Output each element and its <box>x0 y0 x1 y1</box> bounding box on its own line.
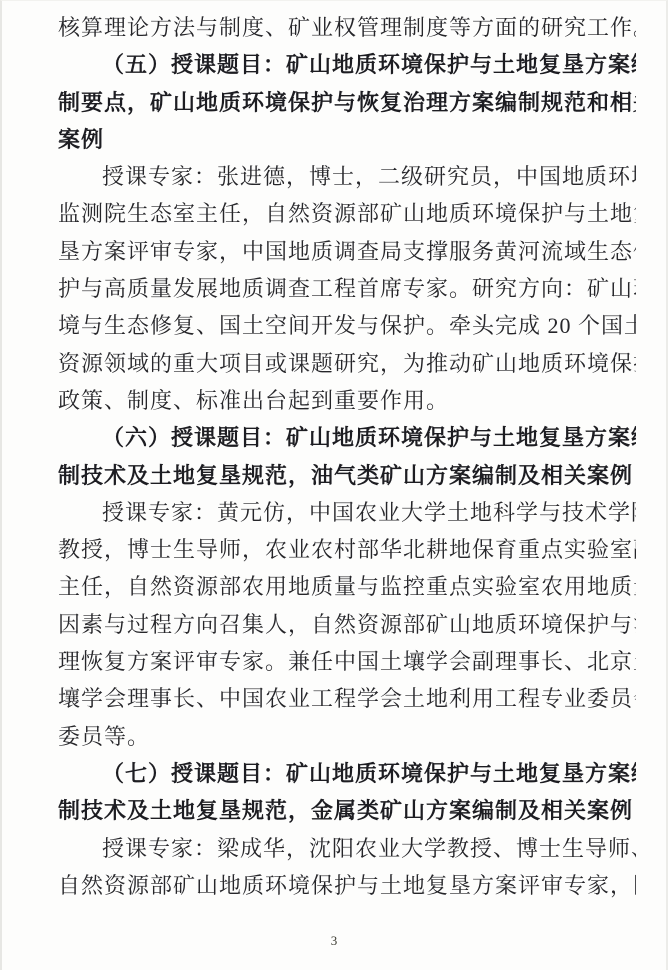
section-5-title-line: 案例 <box>58 121 636 158</box>
text-line: 垦方案评审专家，中国地质调查局支撑服务黄河流域生态保 <box>58 233 636 270</box>
text-line: 主任，自然资源部农用地质量与监控重点实验室农用地质量 <box>58 568 636 605</box>
text-line: 授课专家：张进德，博士，二级研究员，中国地质环境 <box>58 158 636 195</box>
text-line: 监测院生态室主任，自然资源部矿山地质环境保护与土地复 <box>58 195 636 232</box>
section-7-title-line: 制技术及土地复垦规范，金属类矿山方案编制及相关案例 <box>58 792 636 829</box>
text-line: 委员等。 <box>58 718 636 755</box>
section-6-title-line: 制技术及土地复垦规范，油气类矿山方案编制及相关案例 <box>58 457 636 494</box>
text-line: 核算理论方法与制度、矿业权管理制度等方面的研究工作。 <box>58 9 636 46</box>
text-line: 政策、制度、标准出台起到重要作用。 <box>58 382 636 419</box>
text-line: 授课专家：梁成华，沈阳农业大学教授、博士生导师、 <box>58 830 636 867</box>
document-body: 核算理论方法与制度、矿业权管理制度等方面的研究工作。 （五）授课题目：矿山地质环… <box>58 9 636 904</box>
document-page: 核算理论方法与制度、矿业权管理制度等方面的研究工作。 （五）授课题目：矿山地质环… <box>0 0 668 970</box>
text-line: 教授，博士生导师，农业农村部华北耕地保育重点实验室副 <box>58 531 636 568</box>
text-line: 理恢复方案评审专家。兼任中国土壤学会副理事长、北京土 <box>58 643 636 680</box>
section-7-title-line: （七）授课题目：矿山地质环境保护与土地复垦方案编 <box>58 755 636 792</box>
text-line: 授课专家：黄元仿，中国农业大学土地科学与技术学院 <box>58 494 636 531</box>
page-number: 3 <box>2 931 666 951</box>
text-line: 壤学会理事长、中国农业工程学会土地利用工程专业委员会 <box>58 680 636 717</box>
text-line: 境与生态修复、国土空间开发与保护。牵头完成 20 个国土 <box>58 307 636 344</box>
section-5-title-line: 制要点，矿山地质环境保护与恢复治理方案编制规范和相关 <box>58 84 636 121</box>
section-5-title-line: （五）授课题目：矿山地质环境保护与土地复垦方案编 <box>58 46 636 83</box>
text-line: 因素与过程方向召集人，自然资源部矿山地质环境保护与治 <box>58 606 636 643</box>
section-6-title-line: （六）授课题目：矿山地质环境保护与土地复垦方案编 <box>58 419 636 456</box>
text-line: 护与高质量发展地质调查工程首席专家。研究方向：矿山环 <box>58 270 636 307</box>
text-line: 自然资源部矿山地质环境保护与土地复垦方案评审专家，国 <box>58 867 636 904</box>
text-line: 资源领域的重大项目或课题研究，为推动矿山地质环境保护 <box>58 345 636 382</box>
